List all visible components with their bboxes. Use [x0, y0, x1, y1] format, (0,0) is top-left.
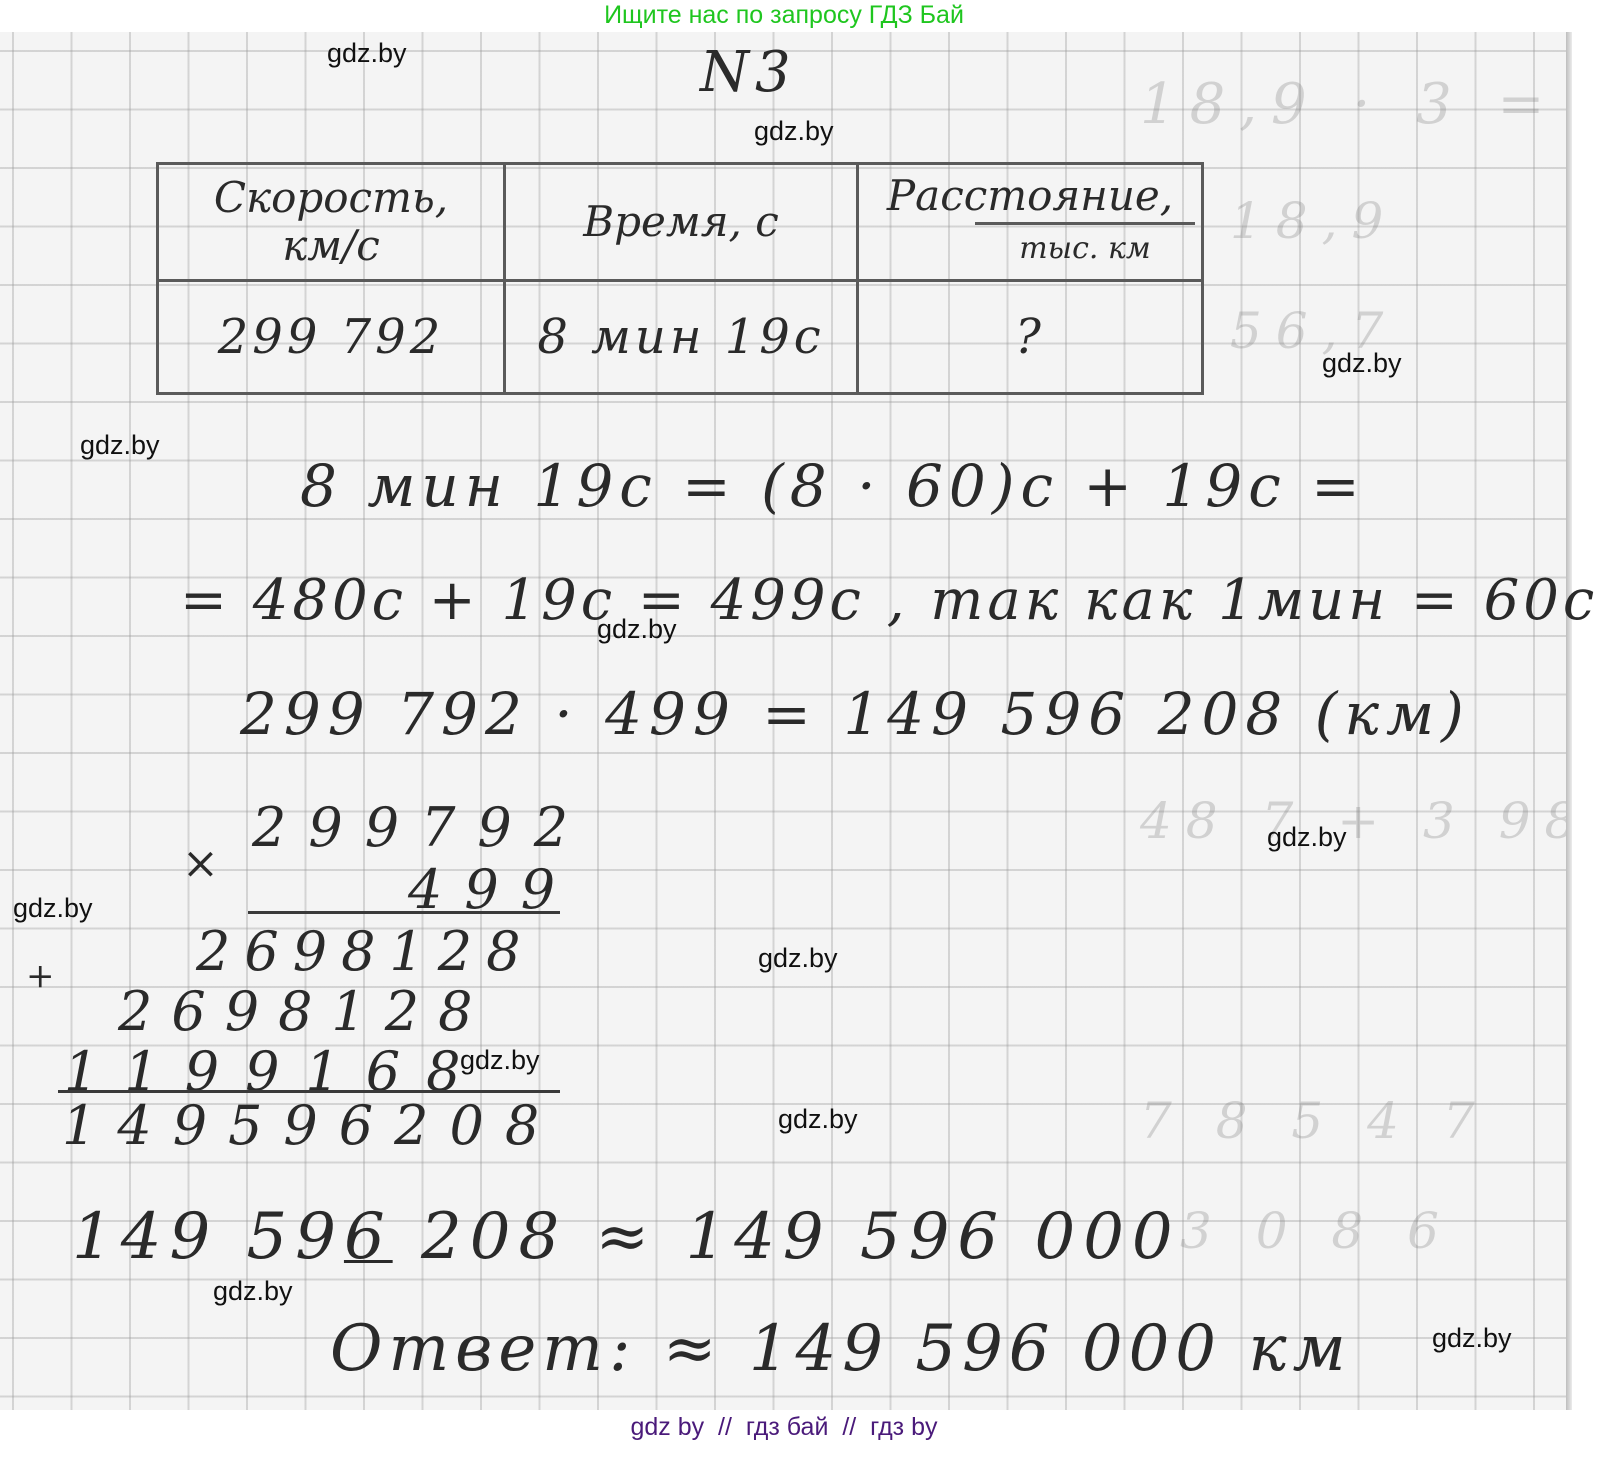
multiplication-rule	[248, 911, 560, 914]
multiply-sign: ×	[182, 838, 225, 889]
bleed-through-text: 3 0 8 6	[1180, 1202, 1453, 1260]
rounding-underlined-digit: 6	[344, 1200, 393, 1274]
watermark: gdz.by	[13, 893, 93, 924]
watermark: gdz.by	[80, 430, 160, 461]
top-banner: Ищите нас по запросу ГДЗ Бай	[0, 0, 1568, 32]
task-table: Скорость, км/с Время, с Расстояние, тыс.…	[156, 162, 1204, 395]
watermark: gdz.by	[1322, 348, 1402, 379]
watermark: gdz.by	[327, 38, 407, 69]
cell-speed: 299 792	[158, 281, 505, 394]
partial-product-2: 2698128	[118, 980, 492, 1043]
rounding-left-a: 149 59	[72, 1200, 344, 1274]
cell-time: 8 мин 19с	[505, 281, 858, 394]
watermark: gdz.by	[1267, 822, 1347, 853]
watermark: gdz.by	[758, 943, 838, 974]
rounding-line: 149 596 208 ≈ 149 596 000	[72, 1200, 1181, 1274]
watermark: gdz.by	[213, 1276, 293, 1307]
page-edge	[1566, 32, 1572, 1410]
header-distance: Расстояние, тыс. км	[858, 164, 1203, 281]
rounding-left-b: 208	[393, 1200, 568, 1274]
problem-number: N3	[700, 40, 797, 105]
product-result: 149596208	[62, 1094, 560, 1157]
watermark: gdz.by	[754, 116, 834, 147]
header-time-line1: Время, с	[507, 198, 855, 246]
table-header-row: Скорость, км/с Время, с Расстояние, тыс.…	[158, 164, 1203, 281]
watermark: gdz.by	[460, 1045, 540, 1076]
header-speed: Скорость, км/с	[158, 164, 505, 281]
watermark: gdz.by	[778, 1104, 858, 1135]
solution-line-1: 8 мин 19с = (8 · 60)с + 19с =	[300, 452, 1366, 520]
bleed-through-text: 48 7 + 3 987	[1140, 792, 1568, 850]
bottom-banner: gdz by // гдз бай // гдз by	[0, 1410, 1568, 1450]
rounding-result: ≈ 149 596 000	[567, 1200, 1180, 1274]
bleed-through-text: 18,9 · 3 = 56,7	[1140, 72, 1568, 137]
bleed-through-text: 7 8 5 4 7	[1140, 1092, 1489, 1150]
multiplicand: 299792	[252, 796, 590, 859]
solution-line-2: = 480с + 19с = 499с , так как 1мин = 60с	[180, 568, 1598, 633]
plus-sign: +	[26, 956, 61, 996]
header-speed-line1: Скорость,	[160, 174, 502, 222]
header-speed-line2: км/с	[160, 222, 502, 270]
watermark: gdz.by	[597, 614, 677, 645]
answer-line: Ответ: ≈ 149 596 000 км	[330, 1312, 1352, 1386]
solution-line-3: 299 792 · 499 = 149 596 208 (км)	[240, 680, 1471, 748]
partial-product-1: 2698128	[196, 920, 535, 983]
header-time: Время, с	[505, 164, 858, 281]
watermark: gdz.by	[1432, 1323, 1512, 1354]
header-distance-line1: Расстояние,	[860, 172, 1200, 220]
header-distance-line2: тыс. км	[975, 222, 1195, 273]
bleed-through-text: 18,9	[1230, 192, 1397, 250]
table-row: 299 792 8 мин 19с ?	[158, 281, 1203, 394]
addition-rule	[58, 1090, 560, 1093]
cell-distance: ?	[858, 281, 1203, 394]
